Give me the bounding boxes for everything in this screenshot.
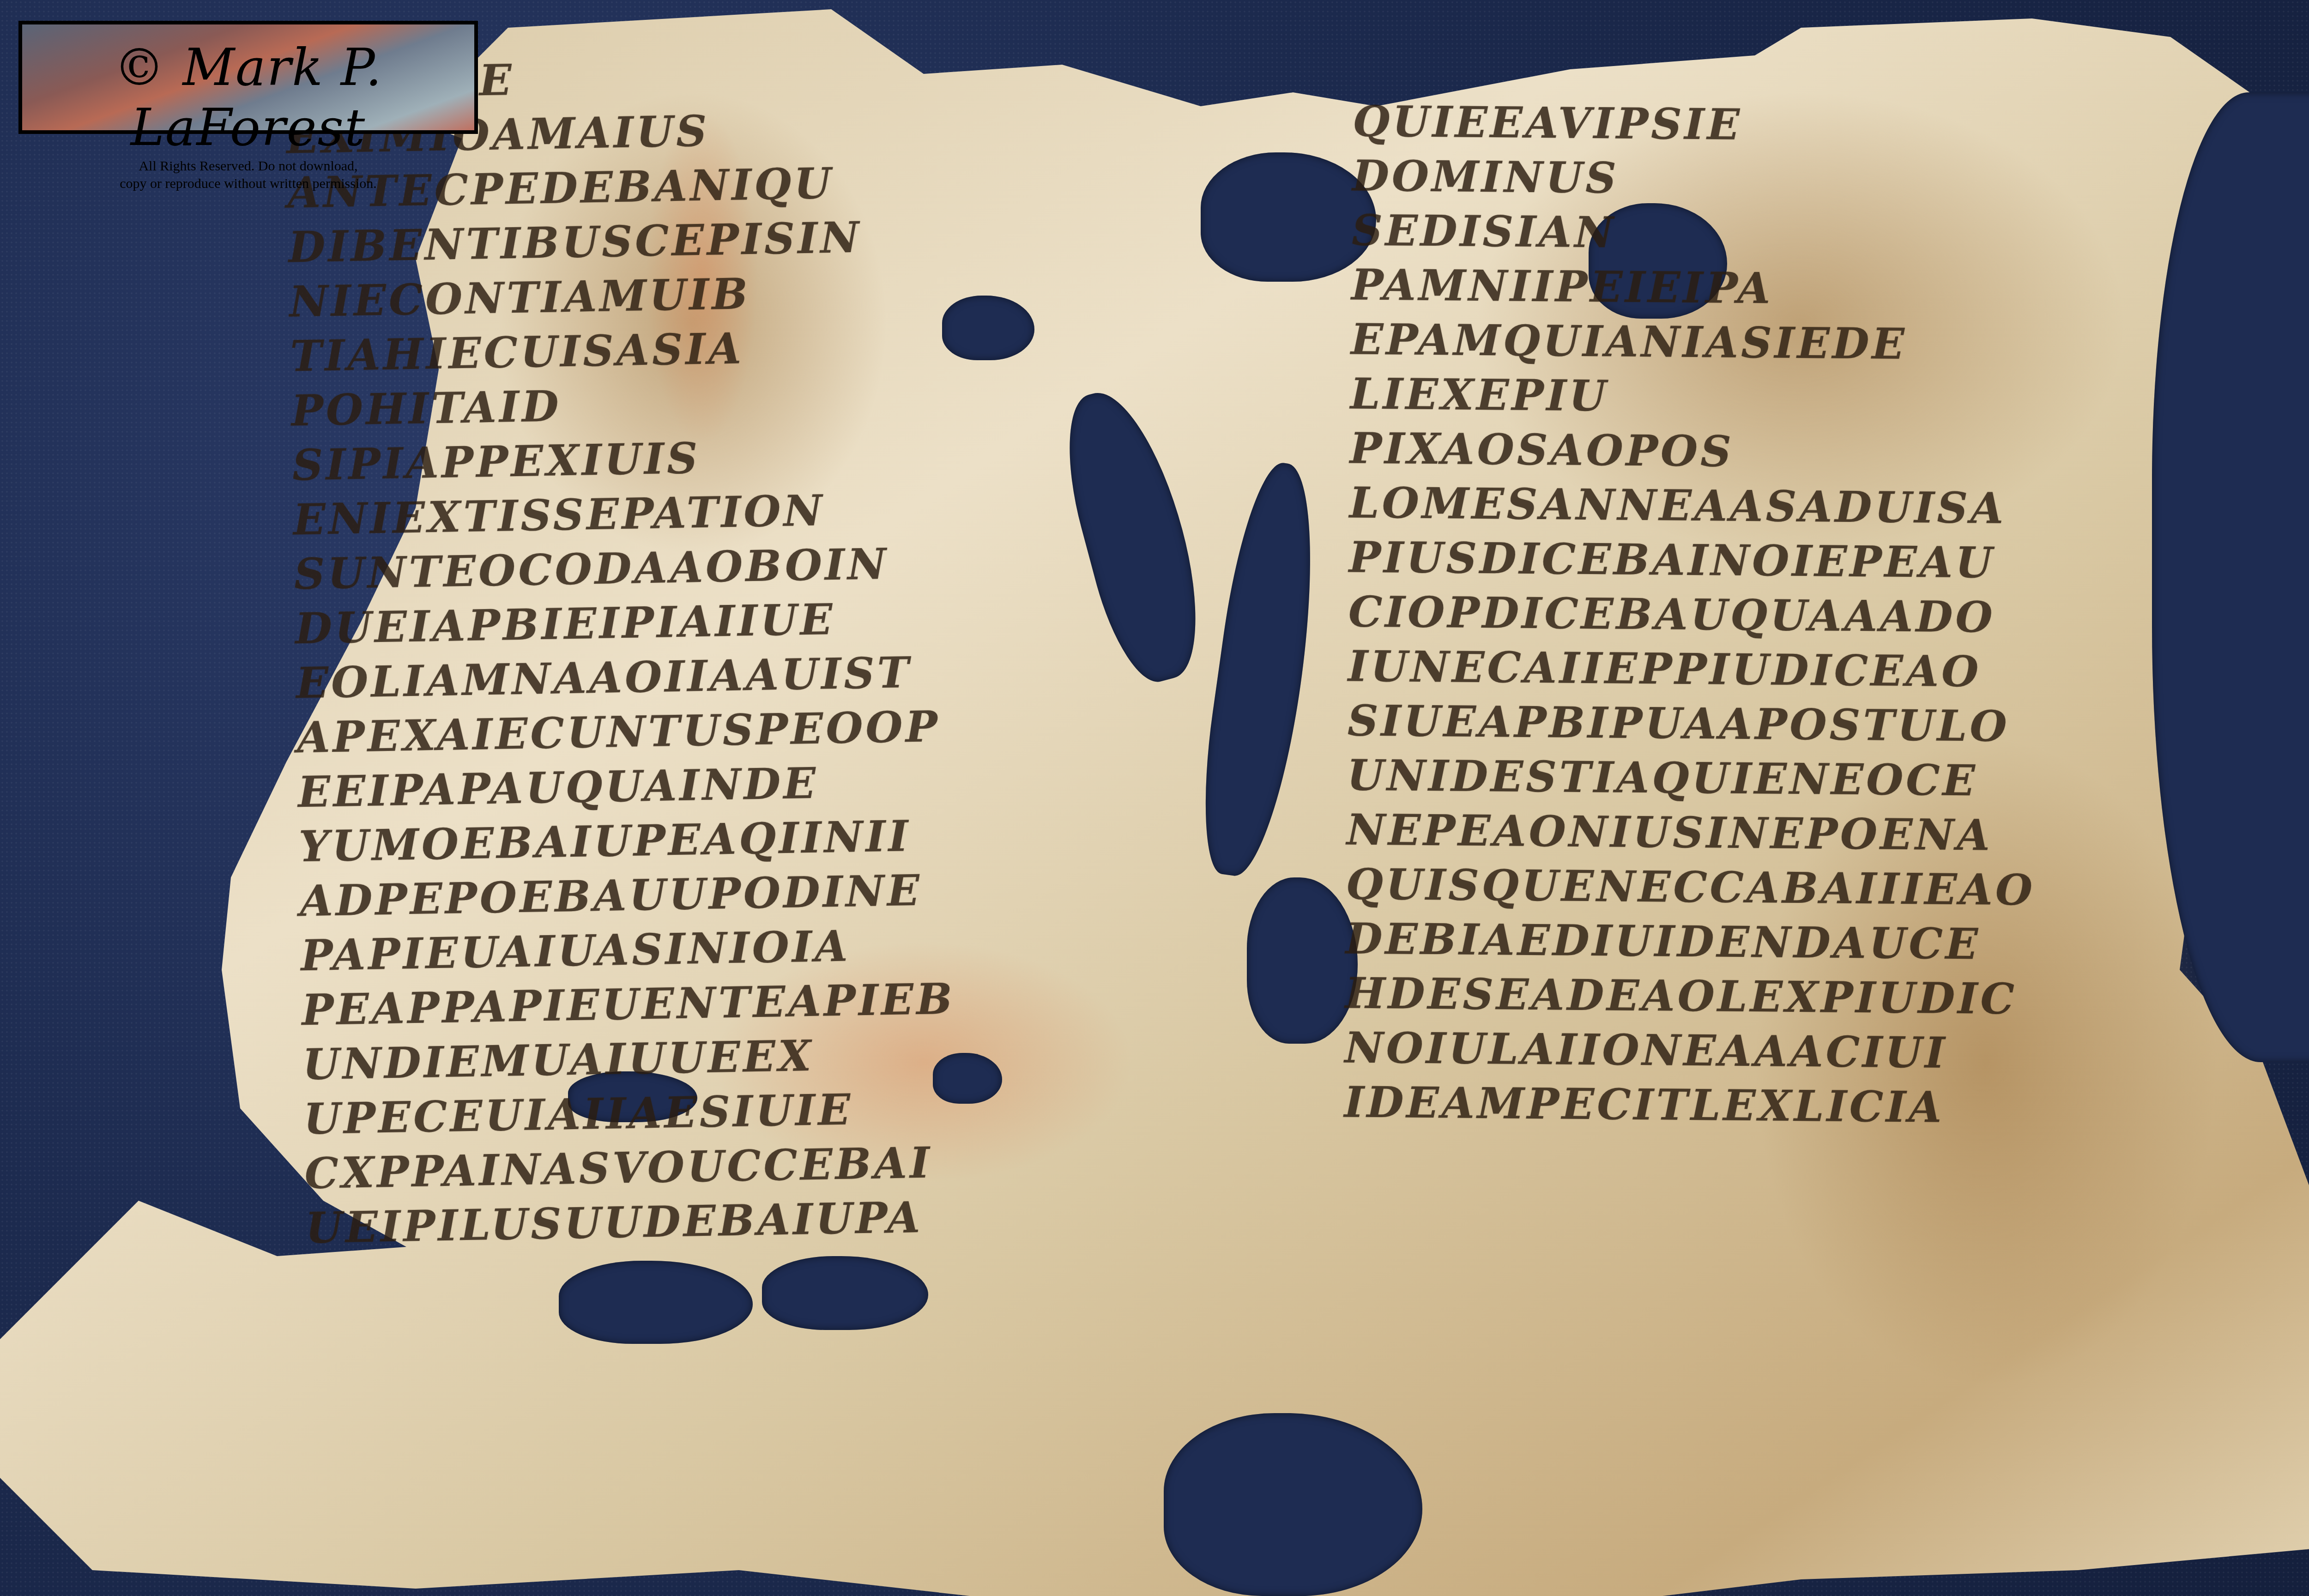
text-line: QUIEEAVIPSIE [1353,94,2042,155]
text-line: PEAPPAPIEUENTEAPIEB [301,972,955,1038]
text-line: DEBIAEDIUIDENDAUCE [1345,911,2035,972]
text-line: UEIPILUSUUDEBAIUPA [305,1189,959,1255]
manuscript-right-column: QUIEEAVIPSIE DOMINUS SEDISIAN PAMNIIPEIE… [1344,94,2042,1136]
text-line: PIXAOSAOPOS [1350,421,2039,482]
parchment-hole [942,296,1034,360]
text-line: SUNTEOCODAAOBOIN [294,536,948,602]
watermark-title: © Mark P. LaForest [22,37,474,157]
watermark-line-1: All Rights Reserved. Do not download, [22,157,474,175]
text-line: EPAMQUIANIASIEDE [1351,312,2040,373]
text-line: DOMINUS [1352,149,2042,209]
text-line: SIUEAPBIPUAAPOSTULO [1347,693,2037,754]
watermark-line-2: copy or reproduce without written permis… [22,175,474,193]
text-line: NOIULAIIONEAAACIUI [1344,1020,2034,1081]
text-line: SEDISIAN [1352,203,2041,264]
copyright-watermark: © Mark P. LaForest All Rights Reserved. … [18,21,478,134]
text-line: UNIDESTIAQUIENEOCE [1347,748,2036,808]
text-line: LOMESANNEAASADUISA [1349,476,2039,536]
text-line: HDESEADEAOLEXPIUDIC [1345,966,2034,1026]
text-line: IDEAMPECITLEXLICIA [1344,1075,2033,1135]
manuscript-left-column: MUNIQE EXIMIOAMAIUS ANTECPEDEBANIQU DIBE… [285,45,959,1255]
text-line: IUNECAIIEPPIUDICEAO [1348,639,2037,699]
text-line: PAMNIIPEIEIPA [1351,258,2041,318]
text-line: CIOPDICEBAUQUAAADO [1348,584,2038,645]
text-line: APEXAIECUNTUSPEOOP [296,699,950,765]
text-line: DIBENTIBUSCEPISIN [288,209,942,275]
text-line: NEPEAONIUSINEPOENA [1346,802,2036,863]
text-line: QUISQUENECCABAIIIEAO [1346,857,2035,917]
text-line: PIUSDICEBAINOIEPEAU [1349,530,2038,590]
text-line: LIEXEPIU [1350,367,2040,427]
text-line: ADPEPOEBAUUPODINE [299,863,953,929]
